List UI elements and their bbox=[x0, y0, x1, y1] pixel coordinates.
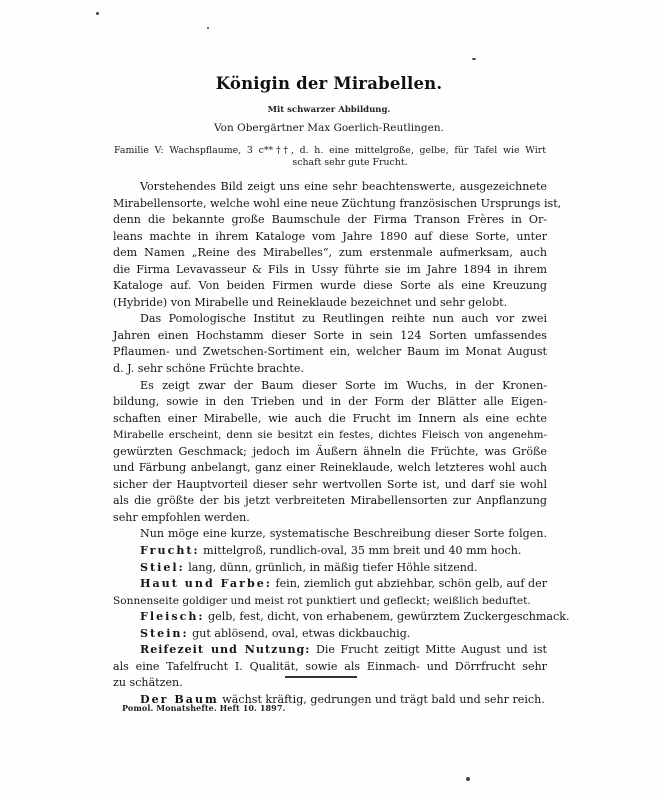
description-haut: Haut und Farbe: fein, ziemlich gut abzie… bbox=[113, 576, 547, 593]
article-title: Königin der Mirabellen. bbox=[0, 74, 658, 93]
text-line: Jahren einen Hochstamm dieser Sorte in s… bbox=[113, 328, 547, 345]
text-line: d. J. sehr schöne Früchte brachte. bbox=[113, 361, 547, 378]
text-line: als eine Tafelfrucht I. Qualität, sowie … bbox=[113, 659, 547, 676]
classification-line-1: Familie V: Wachspflaume, 3 c**††, d. h. … bbox=[114, 145, 546, 157]
text-line: und Färbung anbelangt, ganz einer Reinek… bbox=[113, 460, 547, 477]
text-line: sehr empfohlen werden. bbox=[113, 510, 547, 527]
term-haut: Haut und Farbe: bbox=[140, 577, 272, 590]
def-stiel: lang, dünn, grünlich, in mäßig tiefer Hö… bbox=[185, 561, 478, 574]
paragraph-institute: Das Pomologische Institut zu Reutlingen … bbox=[113, 311, 547, 377]
article-subtitle: Mit schwarzer Abbildung. bbox=[0, 105, 658, 115]
text-line: Mirabelle erscheint, denn sie besitzt ei… bbox=[113, 427, 547, 444]
paragraph-characteristics: Es zeigt zwar der Baum dieser Sorte im W… bbox=[113, 378, 547, 527]
text-line: Das Pomologische Institut zu Reutlingen … bbox=[113, 311, 547, 328]
text-line: sicher der Hauptvorteil dieser sehr wert… bbox=[113, 477, 547, 494]
description-fleisch: Fleisch: gelb, fest, dicht, von erhabene… bbox=[113, 609, 547, 626]
text-line: denn die bekannte große Baumschule der F… bbox=[113, 212, 547, 229]
scan-speck bbox=[96, 12, 99, 15]
term-stein: Stein: bbox=[140, 627, 189, 640]
description-reifezeit: Reifezeit und Nutzung: Die Frucht zeitig… bbox=[113, 642, 547, 659]
def-fleisch: gelb, fest, dicht, von erhabenem, gewürz… bbox=[205, 610, 570, 623]
def-haut: fein, ziemlich gut abziehbar, schön gelb… bbox=[272, 577, 547, 590]
article-body: Vorstehendes Bild zeigt uns eine sehr be… bbox=[113, 179, 547, 709]
scan-speck bbox=[466, 777, 470, 781]
description-stein: Stein: gut ablösend, oval, etwas dickbau… bbox=[113, 626, 547, 643]
term-reifezeit: Reifezeit und Nutzung: bbox=[140, 643, 310, 656]
section-divider bbox=[285, 676, 357, 678]
text-line: die Firma Levavasseur & Fils in Ussy füh… bbox=[113, 262, 547, 279]
article-author: Von Obergärtner Max Goerlich-Reutlingen. bbox=[0, 122, 658, 134]
text-line: Es zeigt zwar der Baum dieser Sorte im W… bbox=[113, 378, 547, 395]
text-line: dem Namen „Reine des Mirabelles“, zum er… bbox=[113, 245, 547, 262]
description-frucht: Frucht: mittelgroß, rundlich-oval, 35 mm… bbox=[113, 543, 547, 560]
term-fleisch: Fleisch: bbox=[140, 610, 205, 623]
text-line: Vorstehendes Bild zeigt uns eine sehr be… bbox=[113, 179, 547, 196]
term-stiel: Stiel: bbox=[140, 561, 185, 574]
text-line: bildung, sowie in den Trieben und in der… bbox=[113, 394, 547, 411]
text-line: zu schätzen. bbox=[113, 675, 547, 692]
scan-speck bbox=[472, 58, 476, 60]
text-line: (Hybride) von Mirabelle und Reineklaude … bbox=[113, 295, 547, 312]
text-line: Kataloge auf. Von beiden Firmen wurde di… bbox=[113, 278, 547, 295]
def-stein: gut ablösend, oval, etwas dickbauchig. bbox=[189, 627, 411, 640]
def-frucht: mittelgroß, rundlich-oval, 35 mm breit u… bbox=[200, 544, 522, 557]
classification-line-2: schaft sehr gute Frucht. bbox=[114, 157, 546, 169]
document-page: Königin der Mirabellen. Mit schwarzer Ab… bbox=[0, 0, 658, 800]
text-line: Sonnenseite goldiger und meist rot punkt… bbox=[113, 593, 547, 610]
description-intro: Nun möge eine kurze, systematische Besch… bbox=[113, 526, 547, 543]
text-line: als die größte der bis jetzt verbreitete… bbox=[113, 493, 547, 510]
text-line: leans machte in ihrem Kataloge vom Jahre… bbox=[113, 229, 547, 246]
term-frucht: Frucht: bbox=[140, 544, 200, 557]
def-reifezeit: Die Frucht zeitigt Mitte August und ist bbox=[310, 643, 547, 656]
description-section: Nun möge eine kurze, systematische Besch… bbox=[113, 526, 547, 708]
source-citation: Pomol. Monatshefte. Heft 10. 1897. bbox=[122, 703, 285, 713]
paragraph-origin: Vorstehendes Bild zeigt uns eine sehr be… bbox=[113, 179, 547, 311]
text-line: Pflaumen- und Zwetschen-Sortiment ein, w… bbox=[113, 344, 547, 361]
classification-line: Familie V: Wachspflaume, 3 c**††, d. h. … bbox=[114, 145, 546, 169]
description-stiel: Stiel: lang, dünn, grünlich, in mäßig ti… bbox=[113, 560, 547, 577]
text-line: gewürzten Geschmack; jedoch im Äußern äh… bbox=[113, 444, 547, 461]
scan-speck bbox=[207, 27, 209, 29]
text-line: schaften einer Mirabelle, wie auch die F… bbox=[113, 411, 547, 428]
text-line: Mirabellensorte, welche wohl eine neue Z… bbox=[113, 196, 547, 213]
